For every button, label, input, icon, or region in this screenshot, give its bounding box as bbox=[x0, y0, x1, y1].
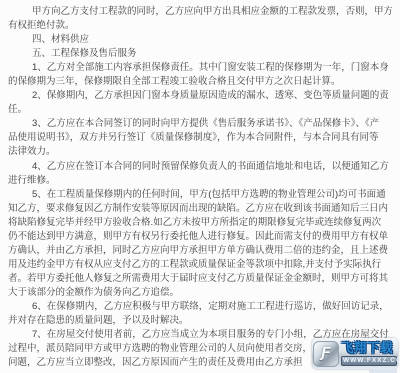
watermark-url: WWW.FXXZ.COM bbox=[341, 356, 397, 366]
doc-line: 知乙方，要求修复因乙方制作安装等原因而出现的缺陷。乙方应在收到该书面通知后三日内 bbox=[8, 202, 392, 216]
doc-line: 进行维修。 bbox=[8, 174, 392, 188]
doc-line: 1、乙方对全部施工内容承担保修责任。其中门窗安装工程的保修期为一年，门窗本身 bbox=[8, 61, 392, 75]
doc-line: 3、乙方应在本合同签订的同时向甲方提供《售后服务承诺书》、《产品保修卡》、《产 bbox=[8, 117, 392, 131]
doc-line: 者。若甲方委托他人修复之所需费用大于届时应支付乙方质量保证金金额时，则甲方可将其 bbox=[8, 272, 392, 286]
doc-line: 法律效力。 bbox=[8, 145, 392, 159]
doc-line: 并对存在隐患的质量问题，予以及时解决。 bbox=[8, 314, 392, 328]
doc-line: 方确认，并由乙方承担，同时乙方应向甲方承担甲方单方确认费用二倍的违约金，且上述费 bbox=[8, 244, 392, 258]
doc-line: 的保修期为三年，保修期限自全部工程竣工验收合格且交付甲方之次日起计算。 bbox=[8, 75, 392, 89]
fxxz-logo-icon: Ƒ bbox=[313, 341, 339, 367]
section-heading-materials: 四、材料供应 bbox=[8, 33, 392, 47]
doc-line: 甲方向乙方支付工程款的同时，乙方应向甲方出具相应金额的工程款发票，否则，甲方 bbox=[8, 5, 392, 19]
doc-line: 有权拒绝付款。 bbox=[8, 19, 392, 33]
doc-line: 品使用说明书》，双方并另行签订《质量保修制度》，作为本合同附件，与本合同具有同等 bbox=[8, 131, 392, 145]
doc-line: 5、在工程质量保修期内的任何时间，甲方(包括甲方选聘的物业管理公司)均可书面通 bbox=[8, 188, 392, 202]
doc-line: 用及违约金甲方有权从应支付乙方的工程款或质量保证金等款项中扣除,并支付予实际执行 bbox=[8, 258, 392, 272]
contract-document-page: 甲方向乙方支付工程款的同时，乙方应向甲方出具相应金额的工程款发票，否则，甲方 有… bbox=[0, 0, 400, 373]
watermark-title: 飞翔下载 bbox=[341, 341, 397, 355]
doc-line: 4、乙方应在签订本合同的同时预留保修负责人的书面通信地址和电话，以便通知乙方 bbox=[8, 160, 392, 174]
doc-line: 大于该部分的金额作为债务向乙方追偿。 bbox=[8, 286, 392, 300]
doc-line: 2、保修期内，乙方承担因门窗本身质量原因造成的漏水、透寒、变色等质量问题的责 bbox=[8, 89, 392, 103]
doc-line: 仍不能达到甲方满意，则甲方有权另行委托他人进行修复。因此而需支付的费用甲方有权单 bbox=[8, 230, 392, 244]
doc-line: 将缺陷修复完毕并经甲方验收合格.如乙方未按甲方所指定的期限修复完毕或连续修复两次 bbox=[8, 216, 392, 230]
doc-line: 6、在保修期内，乙方应积极与甲方联络，定期对施工工程进行巡访，做好回访记录， bbox=[8, 300, 392, 314]
doc-line: 任。 bbox=[8, 103, 392, 117]
fxxz-watermark: Ƒ 飞翔下载 WWW.FXXZ.COM bbox=[312, 338, 398, 369]
watermark-text-block: 飞翔下载 WWW.FXXZ.COM bbox=[341, 341, 397, 366]
section-heading-warranty: 五、工程保修及售后服务 bbox=[8, 47, 392, 61]
corner-artifact bbox=[369, 369, 397, 373]
